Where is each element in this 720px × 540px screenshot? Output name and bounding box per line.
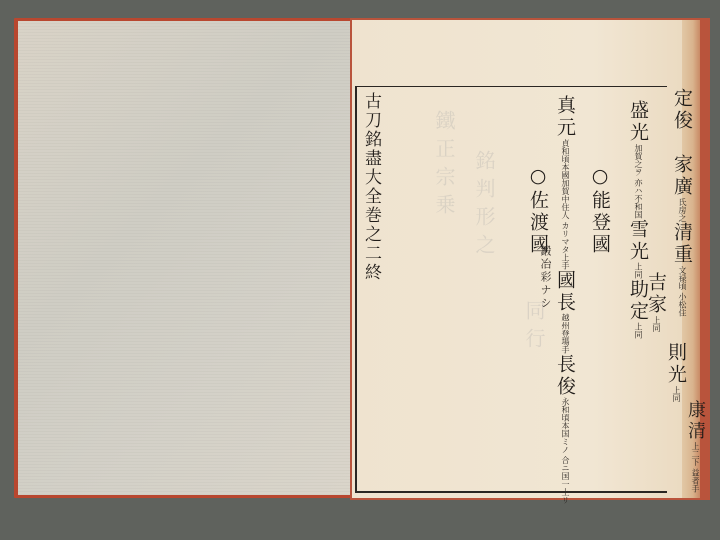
print-frame (355, 86, 667, 493)
left-page-blank (18, 21, 350, 495)
province-heading: ○能登國 (590, 165, 609, 256)
margin-title: 古刀銘盡大全巻之二終 (362, 92, 379, 282)
annotation: 鍛冶彩ナシ (540, 245, 551, 310)
text-column: 真元貞和頃本國加賀中住人 カリマタ上手國長越州登場手長俊永和頃本国ミノ 合ニ国一… (555, 95, 574, 504)
province-heading: ○佐渡國 (528, 165, 547, 256)
text-column: 則光上同 (666, 342, 685, 402)
text-column: 吉家上同 (646, 272, 665, 332)
text-column: 定俊 家廣氏房之清重文禄頃 小松住 (672, 88, 691, 317)
show-through-text: 銘判形之 (470, 150, 499, 262)
show-through-text: 鐵正宗乗 (430, 110, 459, 222)
text-column: 康清上二下 益者手 (686, 400, 704, 493)
